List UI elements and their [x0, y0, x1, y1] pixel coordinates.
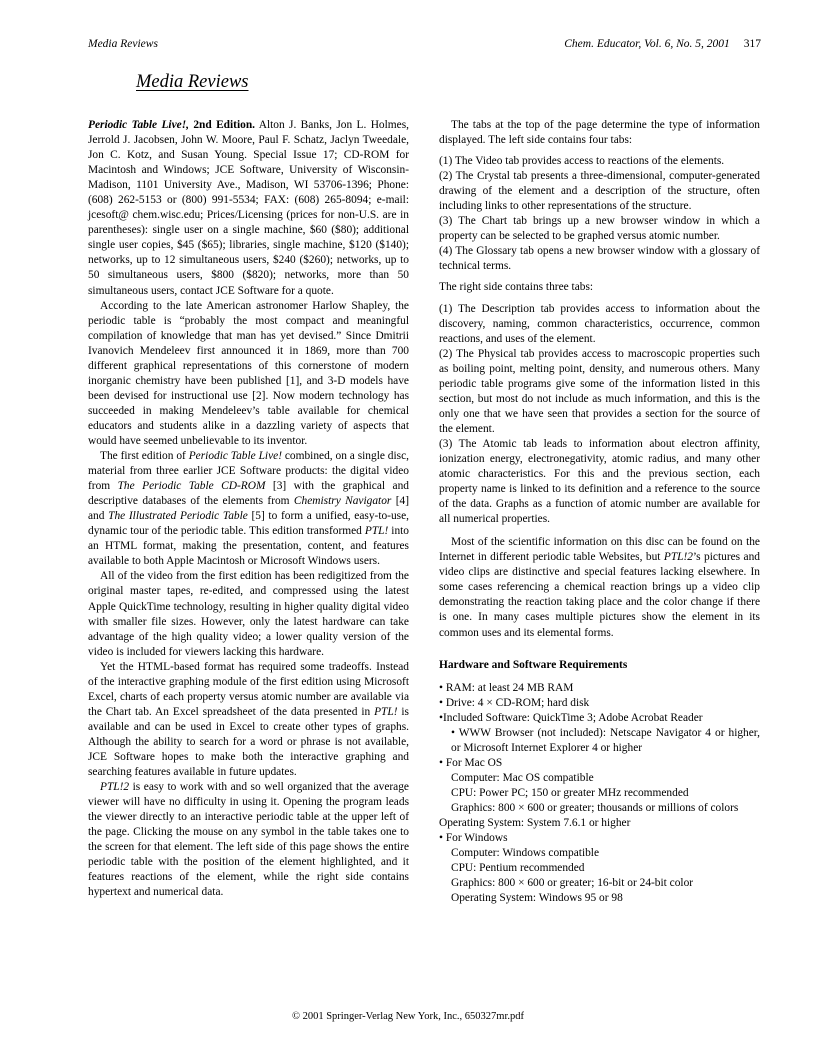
requirement-win-cpu: CPU: Pentium recommended — [439, 861, 760, 876]
paragraph-shapley: According to the late American astronome… — [88, 299, 409, 449]
paragraph-video: All of the video from the first edition … — [88, 569, 409, 659]
citation-details: Alton J. Banks, Jon L. Holmes, Jerrold J… — [88, 119, 409, 297]
requirement-mac-computer: Computer: Mac OS compatible — [439, 771, 760, 786]
running-header-journal: Chem. Educator, Vol. 6, No. 5, 2001317 — [564, 38, 761, 50]
requirement-macos: • For Mac OS — [439, 756, 760, 771]
list-item: (2) The Crystal tab presents a three-dim… — [439, 169, 760, 214]
requirement-win-os: Operating System: Windows 95 or 98 — [439, 891, 760, 906]
left-tabs-list: (1) The Video tab provides access to rea… — [439, 154, 760, 274]
list-item: (3) The Chart tab brings up a new browse… — [439, 214, 760, 244]
requirement-software: •Included Software: QuickTime 3; Adobe A… — [439, 711, 760, 726]
requirements-heading: Hardware and Software Requirements — [439, 658, 760, 673]
section-title: Media Reviews — [136, 72, 249, 93]
requirement-win-computer: Computer: Windows compatible — [439, 846, 760, 861]
left-column: Periodic Table Live!, 2nd Edition. Alton… — [88, 118, 409, 900]
list-item: (1) The Description tab provides access … — [439, 302, 760, 347]
paragraph-tabs-intro: The tabs at the top of the page determin… — [439, 118, 760, 148]
requirements-list: • RAM: at least 24 MB RAM • Drive: 4 × C… — [439, 681, 760, 907]
copyright-footer: © 2001 Springer-Verlag New York, Inc., 6… — [0, 1011, 816, 1022]
product-edition: 2nd Edition. — [189, 119, 255, 131]
list-item: (4) The Glossary tab opens a new browser… — [439, 244, 760, 274]
requirement-mac-cpu: CPU: Power PC; 150 or greater MHz recomm… — [439, 786, 760, 801]
right-tabs-list: (1) The Description tab provides access … — [439, 302, 760, 528]
list-item: (1) The Video tab provides access to rea… — [439, 154, 760, 169]
paragraph-internet: Most of the scientific information on th… — [439, 535, 760, 640]
product-title: Periodic Table Live!, — [88, 119, 189, 131]
requirement-mac-graphics: Graphics: 800 × 600 or greater; thousand… — [439, 801, 760, 816]
list-item: (2) The Physical tab provides access to … — [439, 347, 760, 437]
review-citation: Periodic Table Live!, 2nd Edition. Alton… — [88, 118, 409, 299]
requirement-win-graphics: Graphics: 800 × 600 or greater; 16-bit o… — [439, 876, 760, 891]
paragraph-first-edition: The first edition of Periodic Table Live… — [88, 449, 409, 569]
requirement-ram: • RAM: at least 24 MB RAM — [439, 681, 760, 696]
page-number: 317 — [744, 38, 761, 50]
requirement-drive: • Drive: 4 × CD-ROM; hard disk — [439, 696, 760, 711]
right-column: The tabs at the top of the page determin… — [439, 118, 760, 906]
running-header-section: Media Reviews — [88, 38, 158, 50]
paragraph-tradeoffs: Yet the HTML-based format has required s… — [88, 660, 409, 780]
requirement-windows: • For Windows — [439, 831, 760, 846]
list-item: (3) The Atomic tab leads to information … — [439, 437, 760, 527]
journal-citation: Chem. Educator, Vol. 6, No. 5, 2001 — [564, 38, 729, 50]
requirement-mac-os-version: Operating System: System 7.6.1 or higher — [439, 816, 760, 831]
requirement-browser: • WWW Browser (not included): Netscape N… — [439, 726, 760, 756]
paragraph-right-intro: The right side contains three tabs: — [439, 280, 760, 295]
paragraph-usability: PTL!2 is easy to work with and so well o… — [88, 780, 409, 900]
